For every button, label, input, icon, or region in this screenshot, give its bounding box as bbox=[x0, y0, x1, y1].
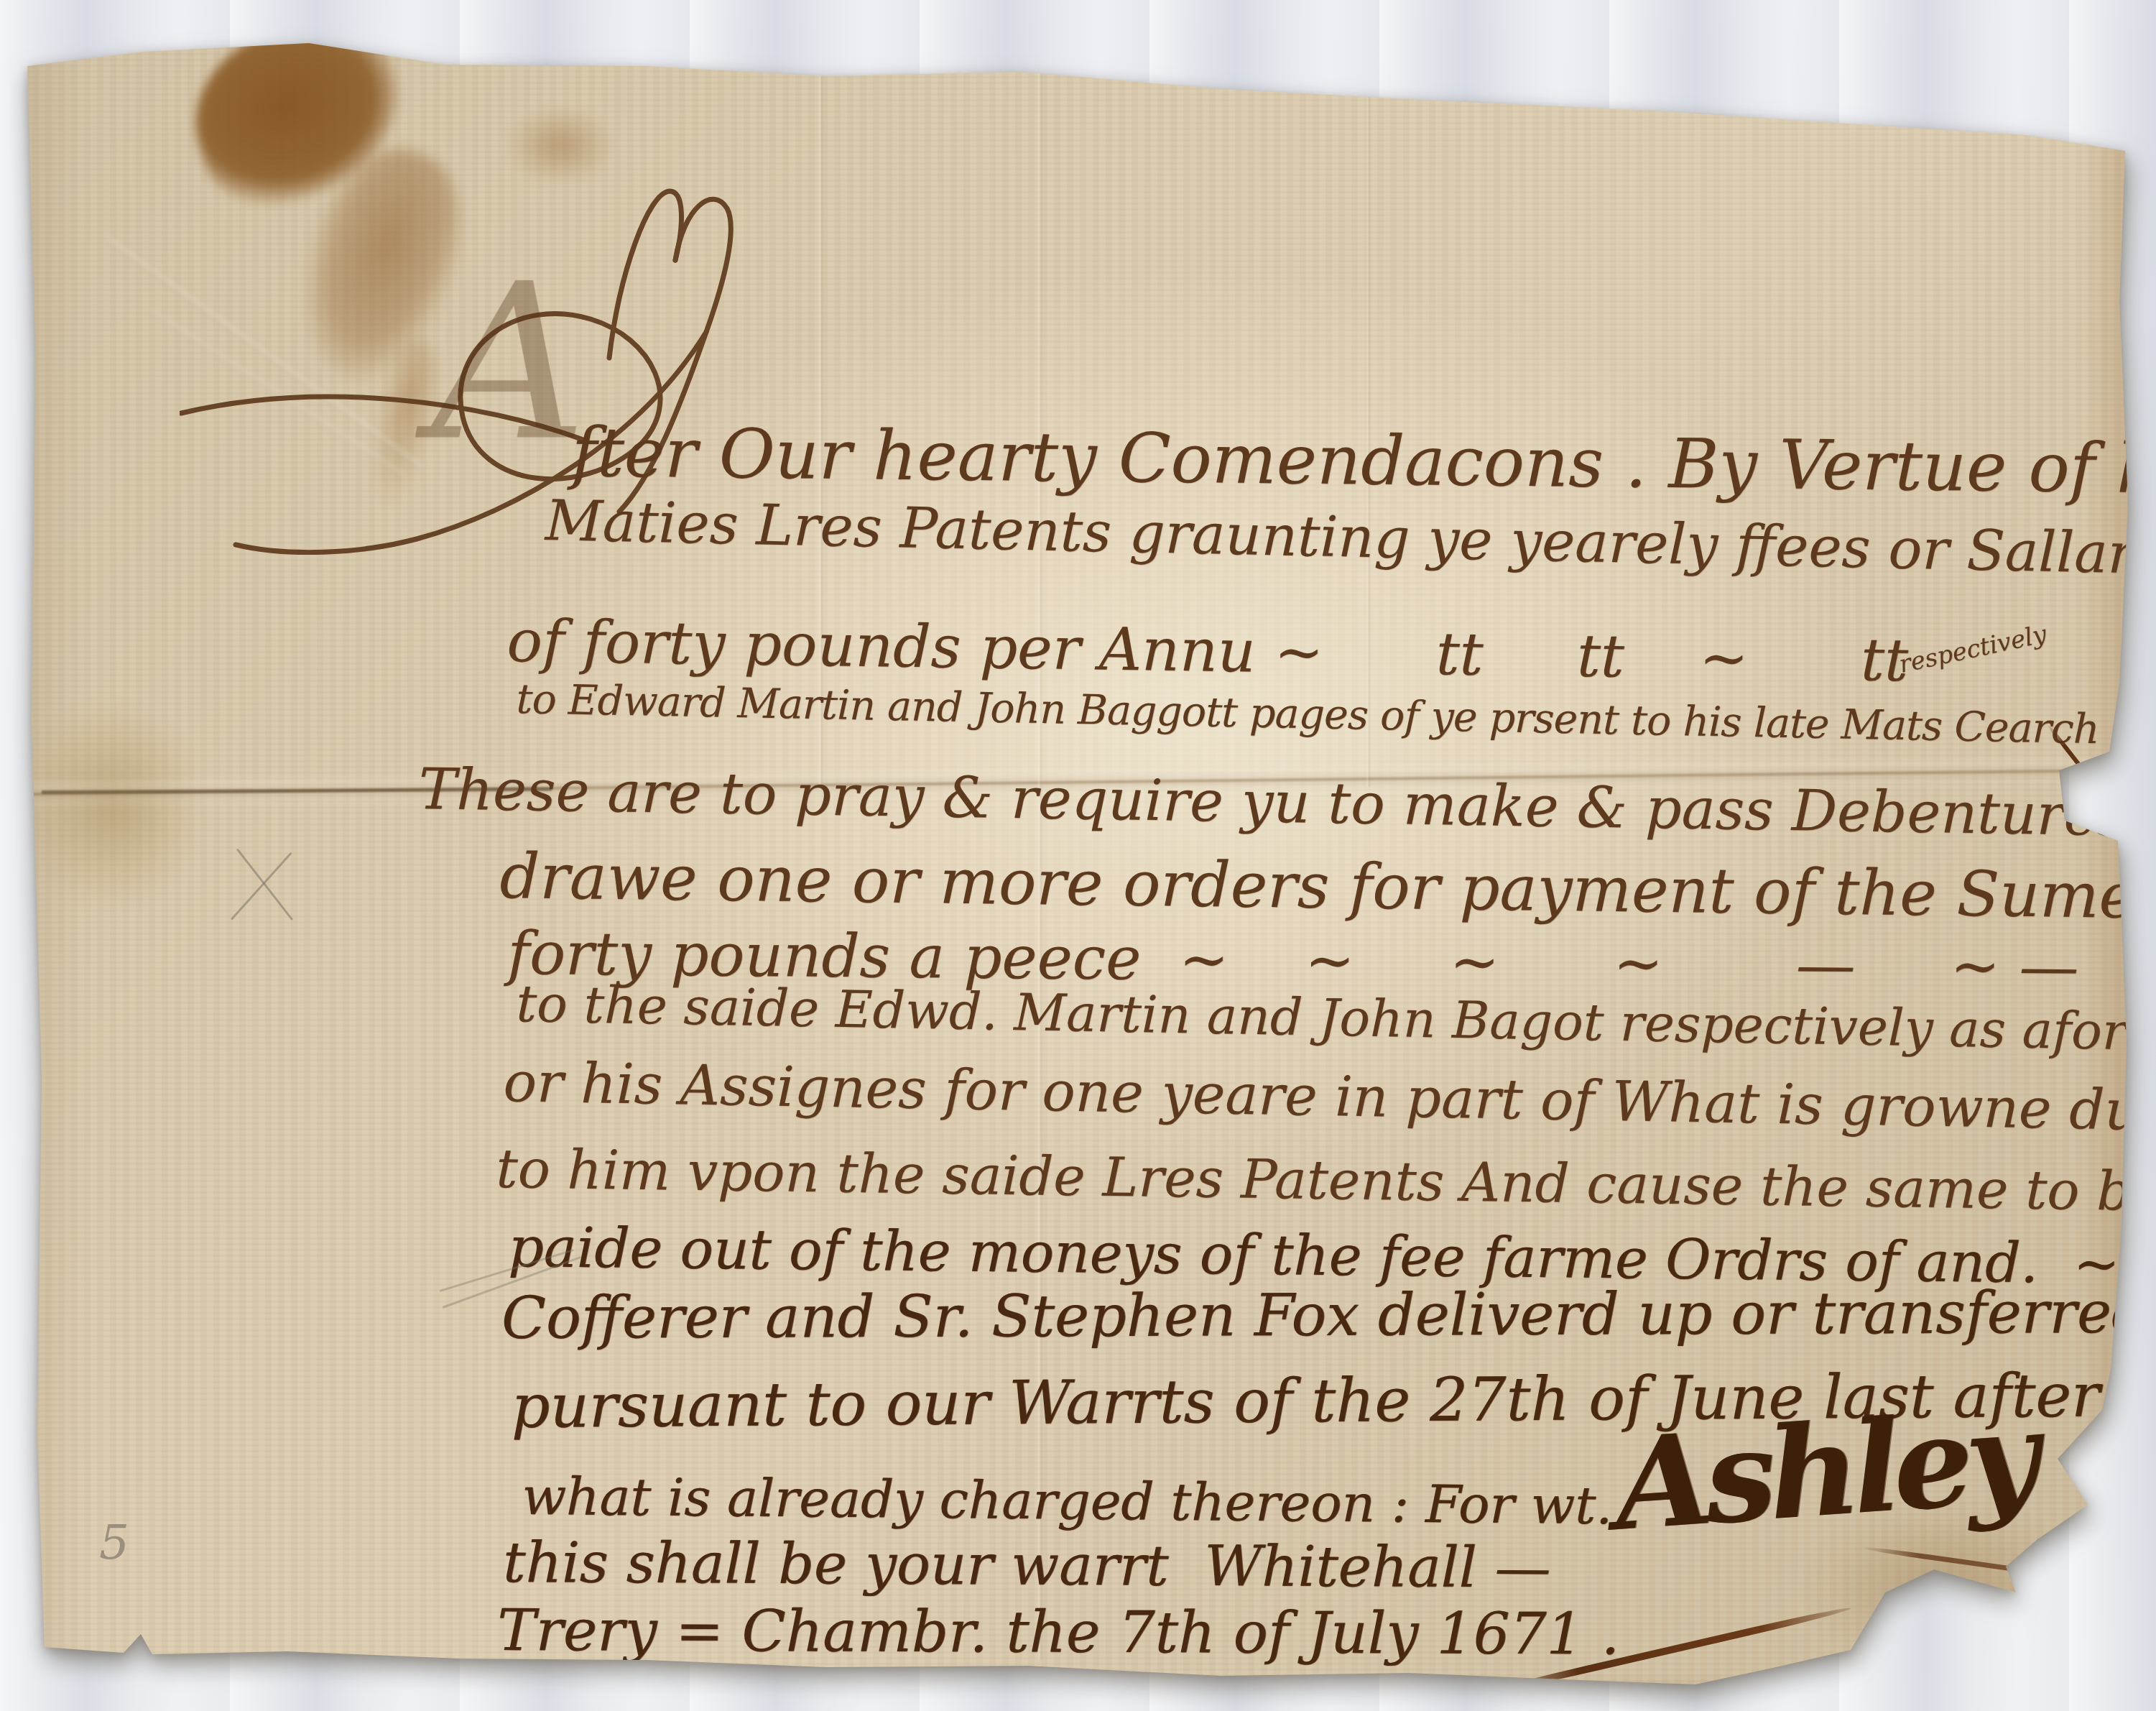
text-line-16: Trery = Chambr. the 7th of July 1671 . bbox=[497, 1597, 1619, 1667]
text-line-12: Cofferer and Sr. Stephen Fox deliverd up… bbox=[501, 1278, 2156, 1352]
signature-ashley: Ashley bbox=[1610, 1383, 2037, 1559]
flourish-stroke-right bbox=[1861, 1545, 2096, 1583]
text-line-4: to Edward Martin and John Baggott pages … bbox=[516, 675, 2156, 757]
water-stain-left bbox=[18, 701, 205, 909]
text-line-15: this shall be your warrt Whitehall — bbox=[503, 1531, 1551, 1601]
superscript-respectively: respectively bbox=[1897, 619, 2049, 679]
paper-shadow: A fter Our hearty Comendacons . By Vertu… bbox=[0, 0, 2156, 1711]
text-line-14: what is already charged thereon : For wt… bbox=[522, 1466, 1612, 1536]
initial-letter: A bbox=[431, 237, 587, 488]
pencil-page-number: 5 bbox=[99, 1515, 129, 1570]
manuscript-photo: A fter Our hearty Comendacons . By Vertu… bbox=[0, 0, 2156, 1711]
text-line-10: to him vpon the saide Lres Patents And c… bbox=[496, 1137, 2156, 1224]
manuscript-paper: A fter Our hearty Comendacons . By Vertu… bbox=[0, 0, 2156, 1711]
text-line-9: or his Assignes for one yeare in part of… bbox=[503, 1051, 2156, 1144]
text-line-6: drawe one or more orders for payment of … bbox=[499, 839, 2156, 933]
